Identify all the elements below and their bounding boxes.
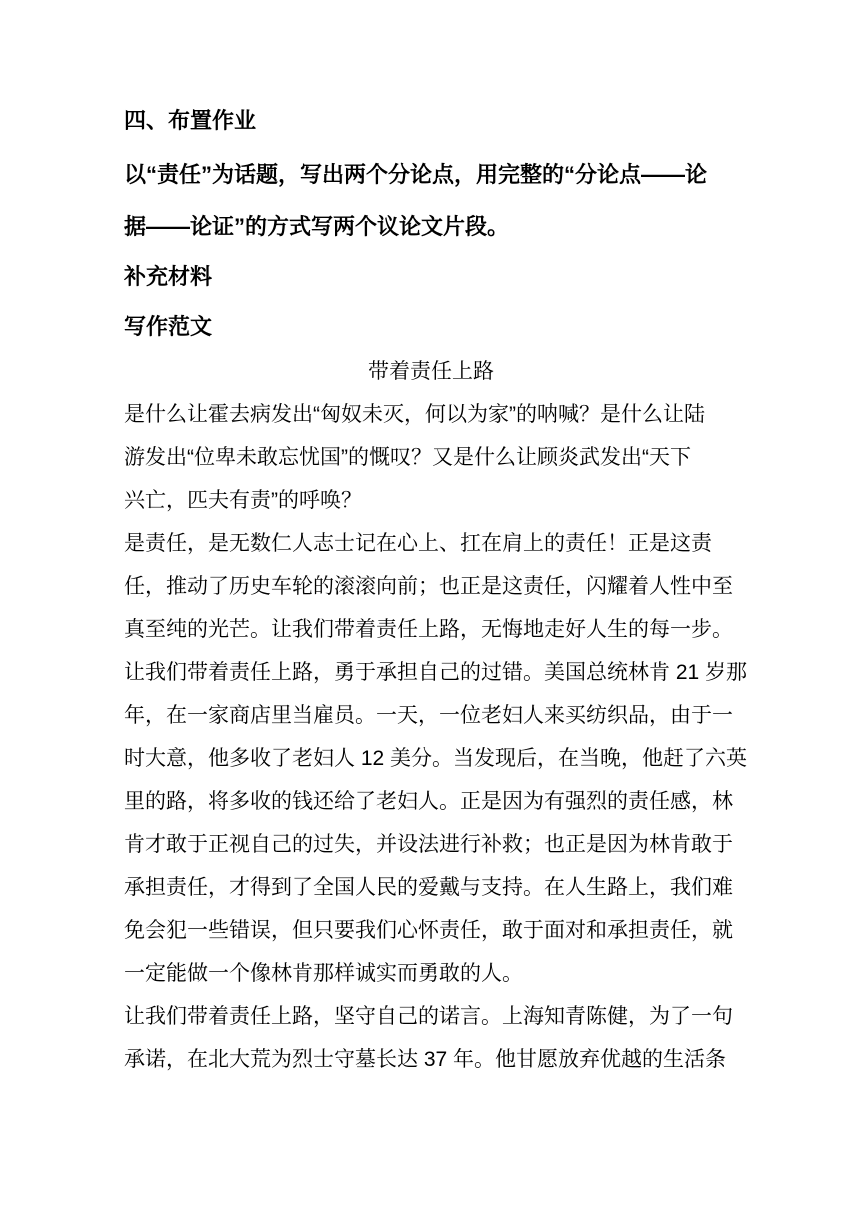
- essay-line: 承担责任，才得到了全国人民的爱戴与支持。在人生路上，我们难: [124, 866, 738, 910]
- essay-line: 一定能做一个像林肯那样诚实而勇敢的人。: [124, 952, 738, 996]
- essay-line: 游发出“位卑未敢忘忧国”的慨叹？又是什么让顾炎武发出“天下: [124, 436, 738, 480]
- essay-line: 让我们带着责任上路，坚守自己的诺言。上海知青陈健，为了一句: [124, 995, 738, 1039]
- homework-task-line-2: 据——论证”的方式写两个议论文片段。: [124, 205, 738, 249]
- essay-line: 时大意，他多收了老妇人 12 美分。当发现后，在当晚，他赶了六英: [124, 737, 738, 781]
- supplement-heading: 补充材料: [124, 255, 738, 299]
- essay-line: 肯才敢于正视自己的过失，并设法进行补救；也正是因为林肯敢于: [124, 823, 738, 867]
- essay-line: 兴亡，匹夫有责”的呼唤？: [124, 479, 738, 523]
- essay-line: 真至纯的光芒。让我们带着责任上路，无悔地走好人生的每一步。: [124, 608, 738, 652]
- essay-line: 承诺，在北大荒为烈士守墓长达 37 年。他甘愿放弃优越的生活条: [124, 1038, 738, 1082]
- essay-line: 里的路，将多收的钱还给了老妇人。正是因为有强烈的责任感，林: [124, 780, 738, 824]
- essay-line: 是责任，是无数仁人志士记在心上、扛在肩上的责任！正是这责: [124, 522, 738, 566]
- essay-line: 让我们带着责任上路，勇于承担自己的过错。美国总统林肯 21 岁那: [124, 651, 738, 695]
- essay-line: 是什么让霍去病发出“匈奴未灭，何以为家”的呐喊？是什么让陆: [124, 393, 738, 437]
- essay-line: 任，推动了历史车轮的滚滚向前；也正是这责任，闪耀着人性中至: [124, 565, 738, 609]
- essay-title: 带着责任上路: [124, 350, 738, 394]
- essay-line: 免会犯一些错误，但只要我们心怀责任，敢于面对和承担责任，就: [124, 909, 738, 953]
- essay-line: 年，在一家商店里当雇员。一天，一位老妇人来买纺织品，由于一: [124, 694, 738, 738]
- document-page: 四、布置作业 以“责任”为话题，写出两个分论点，用完整的“分论点——论 据——论…: [0, 0, 860, 1216]
- homework-section-heading: 四、布置作业: [124, 99, 738, 143]
- homework-task-line-1: 以“责任”为话题，写出两个分论点，用完整的“分论点——论: [124, 153, 738, 197]
- supplement-subheading: 写作范文: [124, 305, 738, 349]
